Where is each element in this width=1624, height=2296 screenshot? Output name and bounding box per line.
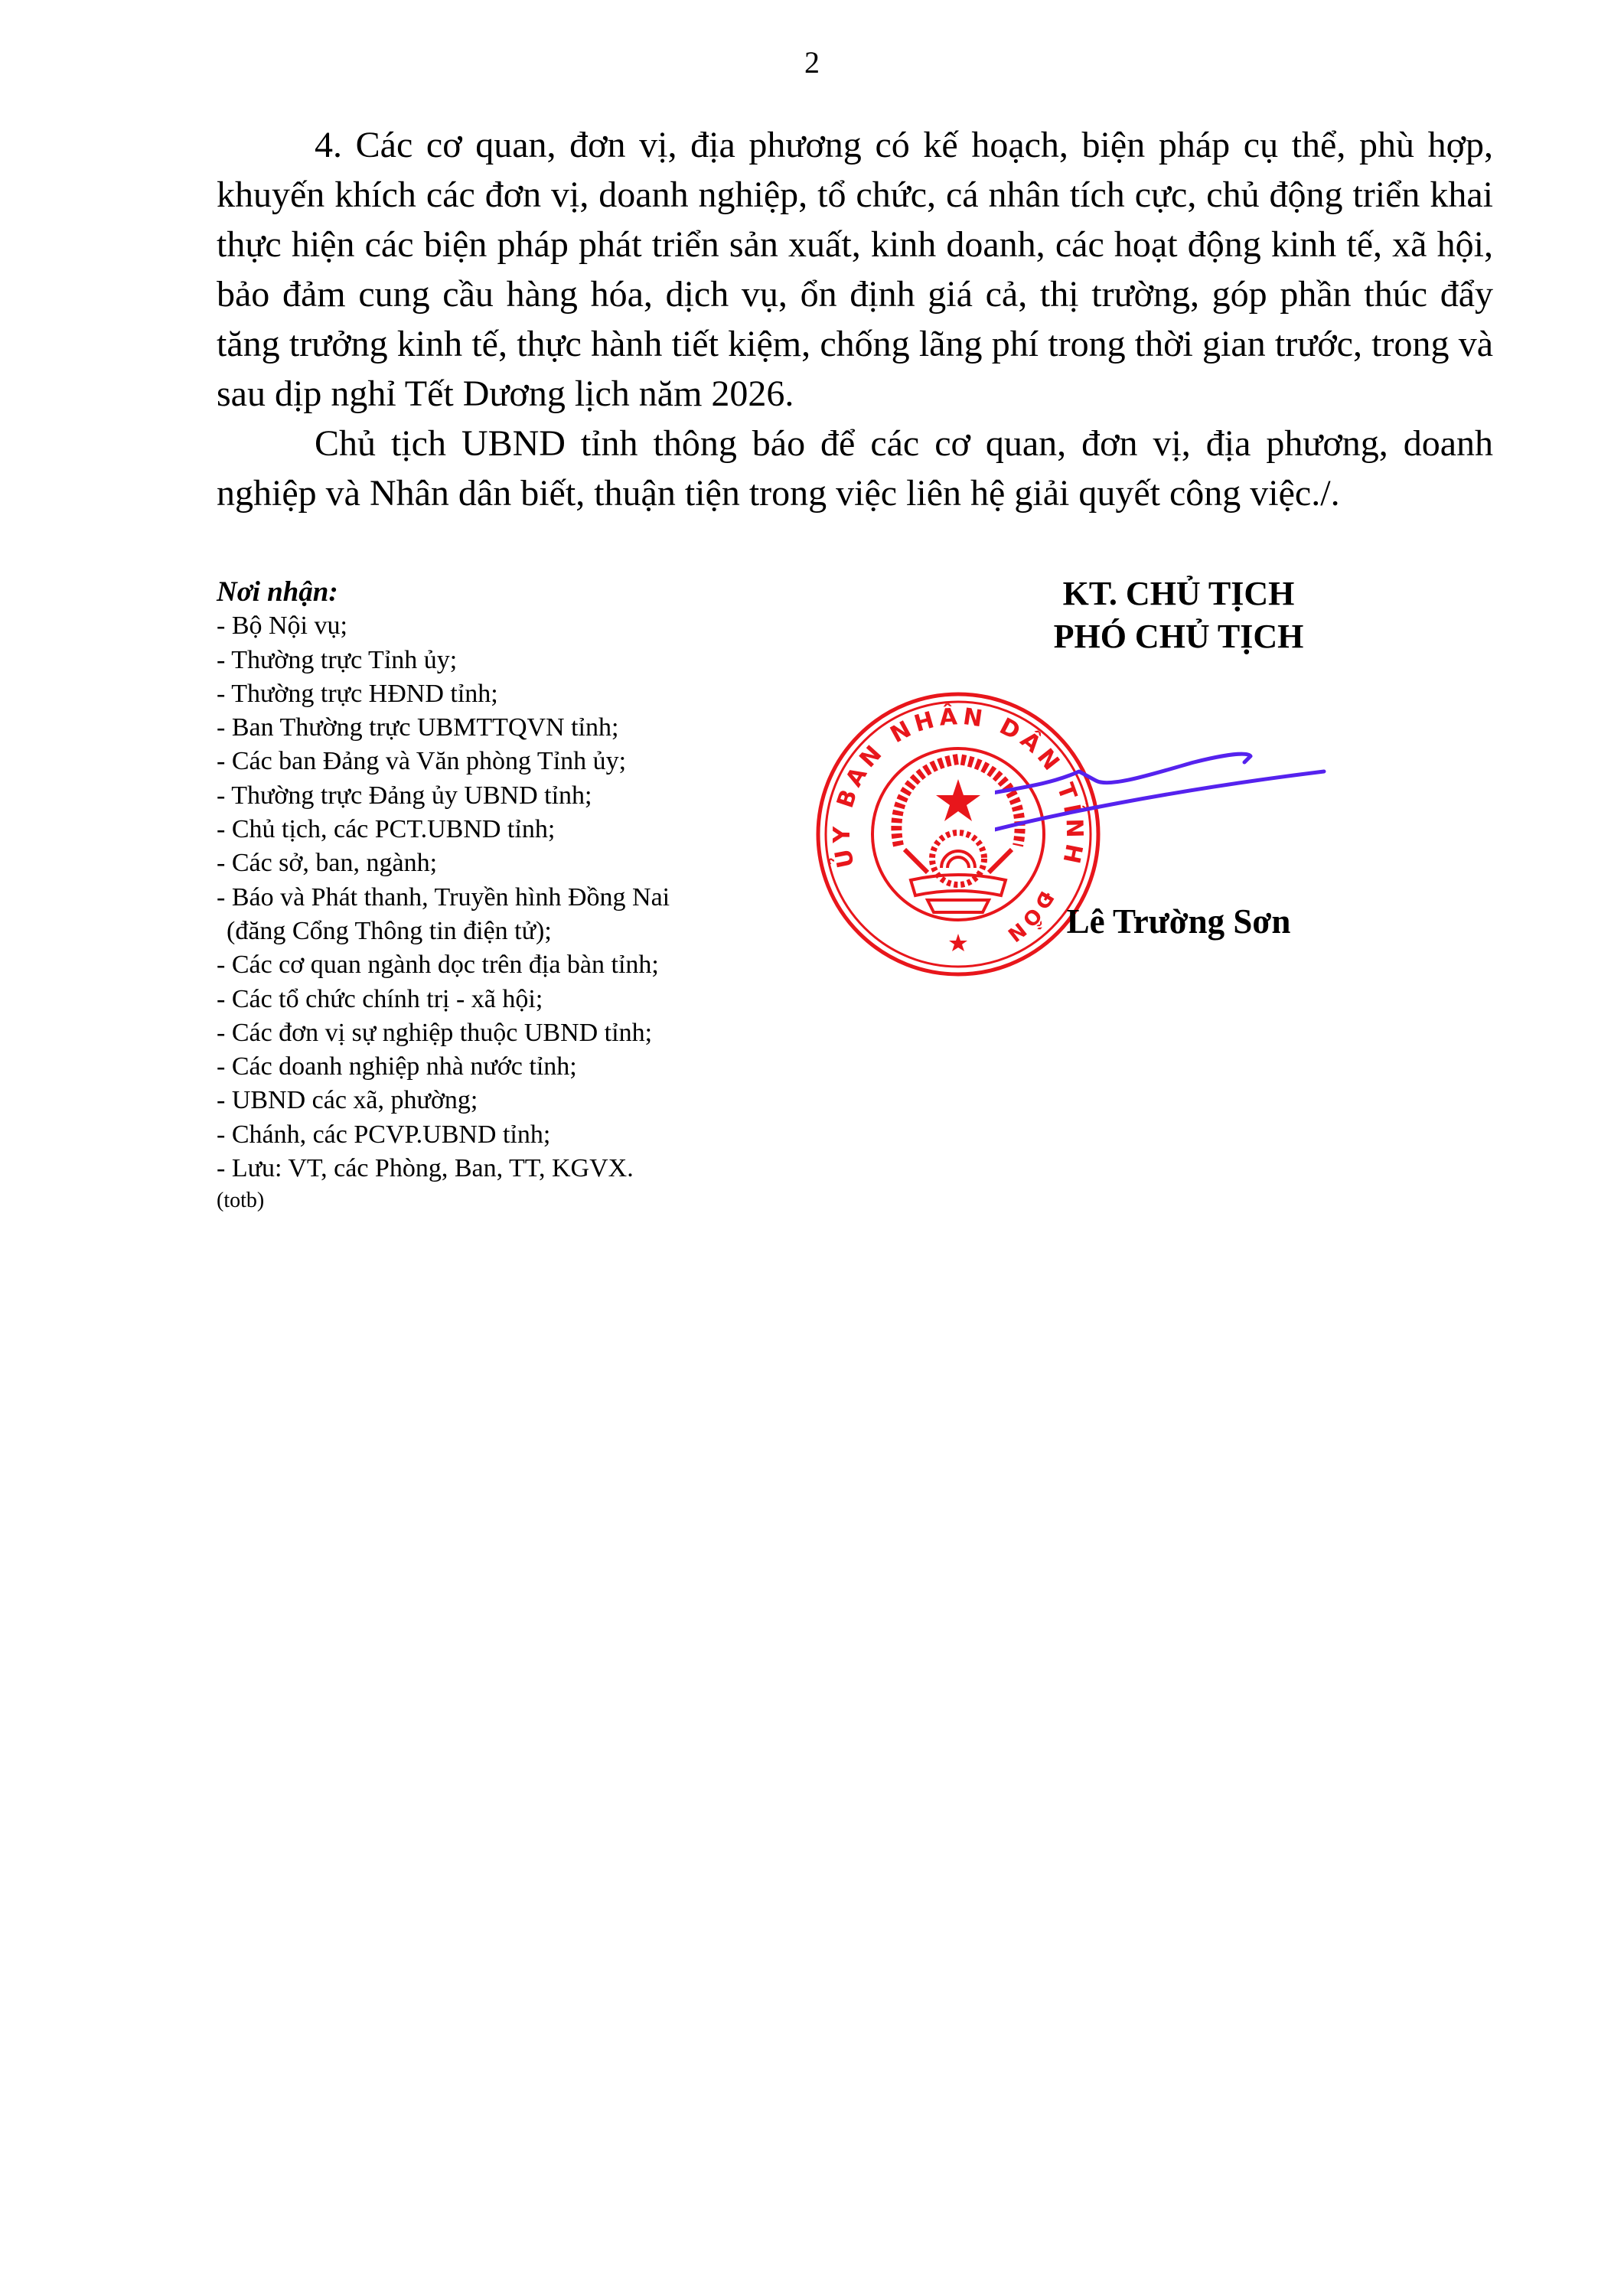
handwritten-signature-icon [995, 735, 1393, 918]
recipient-item: - Các ban Đảng và Văn phòng Tỉnh ủy; [217, 745, 798, 778]
recipient-item: - UBND các xã, phường; [217, 1084, 798, 1117]
recipient-item: - Các sở, ban, ngành; [217, 846, 798, 880]
paragraph-item-4: 4. Các cơ quan, đơn vị, địa phương có kế… [217, 120, 1493, 419]
page-number: 2 [0, 44, 1624, 80]
recipient-item: - Các cơ quan ngành dọc trên địa bàn tỉn… [217, 948, 798, 982]
recipient-item: - Lưu: VT, các Phòng, Ban, TT, KGVX. [217, 1152, 798, 1186]
signature-title-line2: PHÓ CHỦ TỊCH [987, 615, 1370, 658]
recipient-item: - Báo và Phát thanh, Truyền hình Đồng Na… [217, 881, 798, 915]
signer-name: Lê Trường Sơn [987, 902, 1370, 941]
paragraph-closing: Chủ tịch UBND tỉnh thông báo để các cơ q… [217, 419, 1493, 518]
signature-title: KT. CHỦ TỊCH PHÓ CHỦ TỊCH [987, 572, 1370, 658]
recipient-item: - Thường trực Đảng ủy UBND tỉnh; [217, 779, 798, 813]
recipient-item: - Thường trực Tỉnh ủy; [217, 644, 798, 677]
recipient-item: - Thường trực HĐND tỉnh; [217, 677, 798, 711]
recipient-item: - Chánh, các PCVP.UBND tỉnh; [217, 1118, 798, 1152]
signature-title-line1: KT. CHỦ TỊCH [987, 572, 1370, 615]
recipient-item: - Các doanh nghiệp nhà nước tỉnh; [217, 1050, 798, 1084]
recipient-item: - Ban Thường trực UBMTTQVN tỉnh; [217, 711, 798, 745]
recipient-item: - Các tổ chức chính trị - xã hội; [217, 983, 798, 1016]
recipients-list: Nơi nhận: - Bộ Nội vụ; - Thường trực Tỉn… [217, 576, 798, 1216]
recipient-item-continuation: (đăng Cổng Thông tin điện tử); [217, 915, 798, 948]
recipient-item: - Bộ Nội vụ; [217, 609, 798, 643]
drafter-note: (totb) [217, 1186, 798, 1216]
body-text: 4. Các cơ quan, đơn vị, địa phương có kế… [217, 120, 1493, 518]
recipient-item: - Chủ tịch, các PCT.UBND tỉnh; [217, 813, 798, 846]
recipient-item: - Các đơn vị sự nghiệp thuộc UBND tỉnh; [217, 1016, 798, 1050]
recipients-heading: Nơi nhận: [217, 576, 798, 609]
